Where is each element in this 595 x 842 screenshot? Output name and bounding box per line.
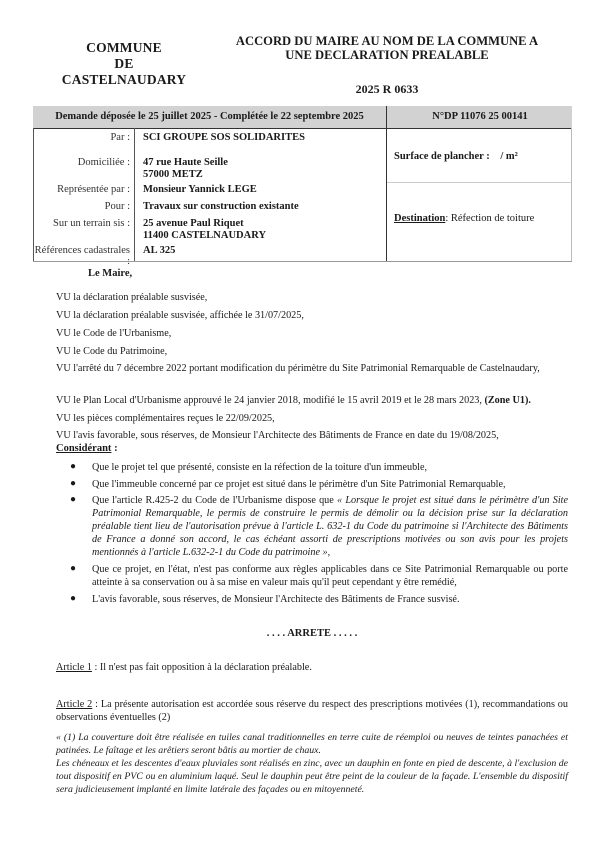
row-label-terrain: Sur un terrain sis : [33, 218, 130, 229]
destination-value: : Réfection de toiture [445, 213, 534, 224]
floor-area-label: Surface de plancher : [394, 151, 490, 162]
row-label-representee: Représentée par : [33, 184, 130, 195]
bullet-icon: ● [70, 593, 76, 604]
prescription-gutters: Les chéneaux et les descentes d'eaux plu… [56, 757, 568, 796]
table-border [571, 128, 572, 261]
vu-item: VU le Plan Local d'Urbanisme approuvé le… [56, 394, 568, 408]
vu-text: VU la déclaration préalable susvisée, af… [56, 310, 304, 321]
zone-label: (Zone U1). [484, 395, 530, 406]
considerant-item: Que l'article R.425-2 du Code de l'Urban… [92, 494, 568, 559]
application-info-table: Demande déposée le 25 juillet 2025 - Com… [33, 106, 572, 262]
title-line-2: UNE DECLARATION PREALABLE [222, 48, 552, 62]
prescription-roof: « (1) La couverture doit être réalisée e… [56, 731, 568, 757]
considerant-text: Que l'article R.425-2 du Code de l'Urban… [92, 495, 334, 506]
vu-item: VU la déclaration préalable susvisée, [56, 291, 568, 305]
document-title: ACCORD DU MAIRE AU NOM DE LA COMMUNE A U… [222, 34, 552, 62]
considerant-item: Que l'immeuble concerné par ce projet es… [92, 478, 568, 491]
vu-text: VU l'arrêté du 7 décembre 2022 portant m… [56, 363, 540, 374]
dp-number: N°DP 11076 25 00141 [386, 106, 573, 128]
vu-item: VU l'avis favorable, sous réserves, de M… [56, 429, 568, 443]
commune-line-1: COMMUNE [44, 40, 204, 56]
vu-text: VU l'avis favorable, sous réserves, de M… [56, 430, 499, 441]
article-2-text: : La présente autorisation est accordée … [56, 699, 568, 723]
cadastral-reference: AL 325 [143, 245, 383, 257]
considerant-item: L'avis favorable, sous réserves, de Mons… [92, 593, 568, 606]
destination: Destination: Réfection de toiture [394, 213, 534, 224]
row-label-par: Par : [33, 132, 130, 143]
reference-number: 2025 R 0633 [222, 82, 552, 97]
prescriptions: « (1) La couverture doit être réalisée e… [56, 731, 568, 796]
article-2-label: Article 2 [56, 699, 92, 710]
commune-name: COMMUNE DE CASTELNAUDARY [44, 40, 204, 88]
le-maire-heading: Le Maire, [88, 268, 132, 279]
commune-line-3: CASTELNAUDARY [44, 72, 204, 88]
vu-item: VU le Code du Patrimoine, [56, 345, 568, 359]
applicant-name: SCI GROUPE SOS SOLIDARITES [143, 132, 383, 144]
article-1-label: Article 1 [56, 662, 92, 673]
row-label-cadastre: Références cadastrales : [33, 245, 130, 267]
vu-item: VU la déclaration préalable susvisée, af… [56, 309, 568, 323]
floor-area-value: / m² [500, 151, 517, 162]
commune-line-2: DE [44, 56, 204, 72]
considerant-heading: Considérant : [56, 443, 118, 454]
works-type: Travaux sur construction existante [143, 201, 383, 213]
destination-label: Destination [394, 213, 445, 224]
table-divider [134, 128, 135, 261]
bullet-icon: ● [70, 461, 76, 472]
table-divider [387, 182, 571, 183]
vu-text: VU le Code de l'Urbanisme, [56, 328, 171, 339]
row-label-domiciliee: Domiciliée : [33, 157, 130, 168]
considerant-item: Que ce projet, en l'état, n'est pas conf… [92, 563, 568, 589]
representative-name: Monsieur Yannick LEGE [143, 184, 383, 196]
article-1-text: : Il n'est pas fait opposition à la décl… [92, 662, 312, 673]
bullet-icon: ● [70, 494, 76, 505]
row-label-pour: Pour : [33, 201, 130, 212]
title-line-1: ACCORD DU MAIRE AU NOM DE LA COMMUNE A [222, 34, 552, 48]
considerant-colon: : [111, 443, 117, 454]
vu-text: VU la déclaration préalable susvisée, [56, 292, 207, 303]
table-divider [386, 128, 387, 261]
site-address: 25 avenue Paul Riquet 11400 CASTELNAUDAR… [143, 218, 383, 242]
article-1: Article 1 : Il n'est pas fait opposition… [56, 662, 568, 673]
vu-text: VU les pièces complémentaires reçues le … [56, 413, 275, 424]
submission-dates: Demande déposée le 25 juillet 2025 - Com… [33, 106, 386, 128]
arrete-heading: . . . . ARRETE . . . . . [56, 628, 568, 639]
applicant-address: 47 rue Haute Seille 57000 METZ [143, 157, 383, 181]
vu-item: VU le Code de l'Urbanisme, [56, 327, 568, 341]
article-2: Article 2 : La présente autorisation est… [56, 698, 568, 724]
vu-text: VU le Code du Patrimoine, [56, 346, 167, 357]
floor-area: Surface de plancher : / m² [394, 151, 518, 162]
considerant-label: Considérant [56, 443, 111, 454]
vu-text: VU le Plan Local d'Urbanisme approuvé le… [56, 395, 482, 406]
table-header: Demande déposée le 25 juillet 2025 - Com… [33, 106, 572, 129]
vu-item: VU les pièces complémentaires reçues le … [56, 412, 568, 426]
considerant-item: Que le projet tel que présenté, consiste… [92, 461, 568, 474]
vu-item: VU l'arrêté du 7 décembre 2022 portant m… [56, 362, 568, 376]
bullet-icon: ● [70, 563, 76, 574]
bullet-icon: ● [70, 478, 76, 489]
